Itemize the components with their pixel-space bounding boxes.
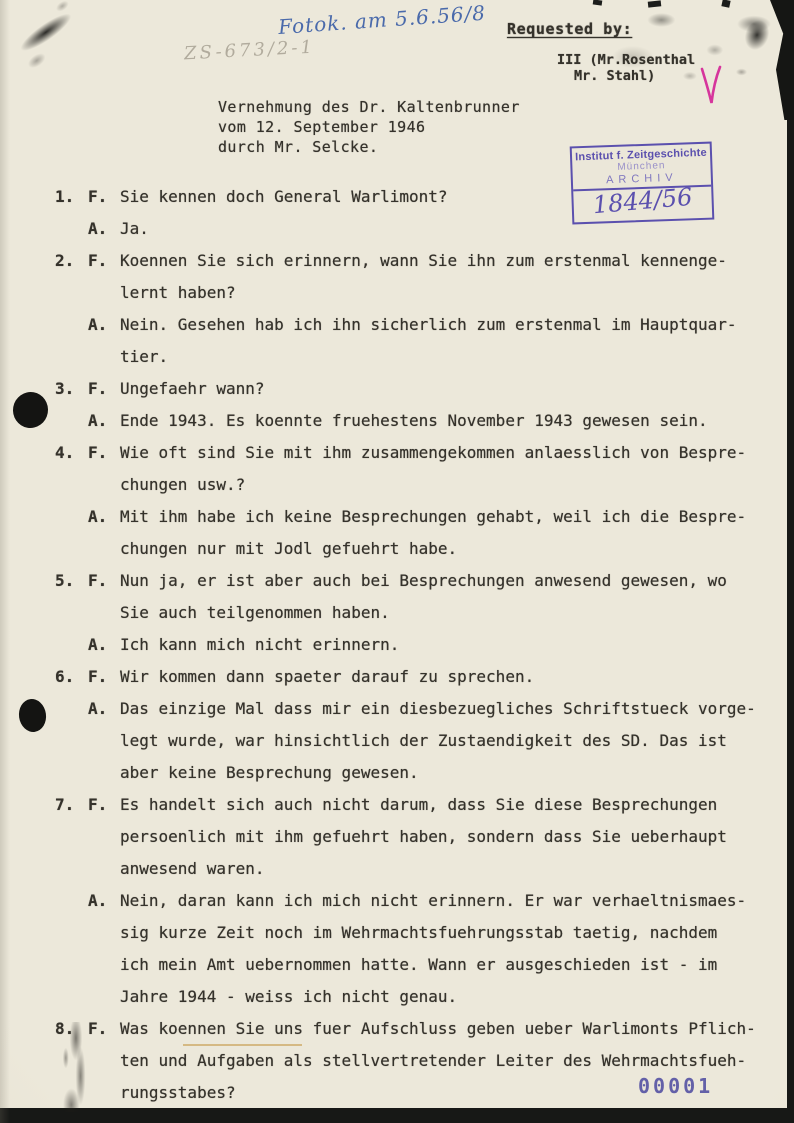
qa-text: rungsstabes?	[120, 1077, 236, 1109]
qa-item-number: 4.	[55, 437, 88, 469]
qa-line: lernt haben?	[0, 277, 794, 309]
qa-item-number	[55, 1045, 88, 1077]
scan-mark-top-1	[593, 0, 603, 6]
qa-text: Ungefaehr wann?	[120, 373, 265, 405]
qa-text: aber keine Besprechung gewesen.	[120, 757, 419, 789]
qa-item-number	[55, 501, 88, 533]
handwritten-photo-note: Fotok. am 5.6.56/8	[277, 0, 538, 39]
qa-speaker-label	[88, 981, 120, 1013]
title-line-1: Vernehmung des Dr. Kaltenbrunner	[218, 97, 520, 117]
qa-text: persoenlich mit ihm gefuehrt haben, sond…	[120, 821, 727, 853]
qa-speaker-label	[88, 277, 120, 309]
qa-speaker-label	[88, 853, 120, 885]
qa-text: Sie auch teilgenommen haben.	[120, 597, 390, 629]
qa-text: Ich kann mich nicht erinnern.	[120, 629, 399, 661]
qa-item-number	[55, 533, 88, 565]
qa-text: Koennen Sie sich erinnern, wann Sie ihn …	[120, 245, 727, 277]
qa-item-number	[55, 917, 88, 949]
qa-item-number	[55, 725, 88, 757]
qa-speaker-label: F.	[88, 565, 120, 597]
requested-name-line1: III (Mr.Rosenthal	[557, 52, 695, 68]
qa-item-number	[55, 821, 88, 853]
smudge-top-left	[0, 0, 108, 84]
qa-line: 2.F.Koennen Sie sich erinnern, wann Sie …	[0, 245, 794, 277]
qa-line: A.Das einzige Mal dass mir ein diesbezue…	[0, 693, 794, 725]
qa-speaker-label	[88, 1077, 120, 1109]
qa-line: 4.F.Wie oft sind Sie mit ihm zusammengek…	[0, 437, 794, 469]
qa-speaker-label: A.	[88, 213, 120, 245]
qa-speaker-label: A.	[88, 501, 120, 533]
qa-speaker-label	[88, 469, 120, 501]
scanned-document-page: Fotok. am 5.6.56/8 ZS-673/2-1 Requested …	[0, 0, 794, 1123]
requested-by-label: Requested by:	[507, 20, 632, 38]
qa-item-number	[55, 309, 88, 341]
title-line-2: vom 12. September 1946	[218, 117, 520, 137]
qa-line: A.Ende 1943. Es koennte fruehestens Nove…	[0, 405, 794, 437]
qa-item-number	[55, 469, 88, 501]
qa-text: lernt haben?	[120, 277, 236, 309]
qa-speaker-label	[88, 533, 120, 565]
qa-speaker-label	[88, 917, 120, 949]
qa-speaker-label	[88, 1045, 120, 1077]
requested-name-line2: Mr. Stahl)	[574, 68, 695, 84]
qa-speaker-label	[88, 725, 120, 757]
qa-item-number	[55, 885, 88, 917]
qa-line: A.Nein, daran kann ich mich nicht erinne…	[0, 885, 794, 917]
qa-speaker-label: A.	[88, 629, 120, 661]
qa-item-number	[55, 757, 88, 789]
qa-line: A.Mit ihm habe ich keine Besprechungen g…	[0, 501, 794, 533]
qa-item-number	[55, 213, 88, 245]
qa-speaker-label: A.	[88, 309, 120, 341]
qa-text: Ja.	[120, 213, 149, 245]
qa-line: A.Ich kann mich nicht erinnern.	[0, 629, 794, 661]
qa-item-number: 8.	[55, 1013, 88, 1045]
qa-line: A.Ja.	[0, 213, 794, 245]
qa-speaker-label: F.	[88, 373, 120, 405]
qa-item-number: 3.	[55, 373, 88, 405]
qa-item-number	[55, 949, 88, 981]
qa-item-number	[55, 693, 88, 725]
qa-line: 5.F.Nun ja, er ist aber auch bei Besprec…	[0, 565, 794, 597]
qa-text: chungen nur mit Jodl gefuehrt habe.	[120, 533, 457, 565]
qa-speaker-label	[88, 757, 120, 789]
qa-text: Nein. Gesehen hab ich ihn sicherlich zum…	[120, 309, 737, 341]
qa-line: aber keine Besprechung gewesen.	[0, 757, 794, 789]
qa-item-number	[55, 853, 88, 885]
qa-text: tier.	[120, 341, 168, 373]
qa-text: anwesend waren.	[120, 853, 265, 885]
qa-speaker-label	[88, 949, 120, 981]
qa-text: Mit ihm habe ich keine Besprechungen geh…	[120, 501, 746, 533]
qa-text: chungen usw.?	[120, 469, 245, 501]
qa-text: legt wurde, war hinsichtlich der Zustaen…	[120, 725, 727, 757]
qa-item-number	[55, 629, 88, 661]
qa-text: Es handelt sich auch nicht darum, dass S…	[120, 789, 717, 821]
qa-line: 3.F.Ungefaehr wann?	[0, 373, 794, 405]
qa-speaker-label: F.	[88, 245, 120, 277]
qa-speaker-label: A.	[88, 693, 120, 725]
qa-line: chungen nur mit Jodl gefuehrt habe.	[0, 533, 794, 565]
title-line-3: durch Mr. Selcke.	[218, 137, 520, 157]
pencil-reference-number: ZS-673/2-1	[184, 37, 316, 65]
qa-speaker-label	[88, 821, 120, 853]
qa-text: sig kurze Zeit noch im Wehrmachtsfuehrun…	[120, 917, 717, 949]
qa-text: ten und Aufgaben als stellvertretender L…	[120, 1045, 746, 1077]
checkmark-icon	[699, 64, 725, 108]
qa-item-number	[55, 405, 88, 437]
qa-item-number: 6.	[55, 661, 88, 693]
qa-line: anwesend waren.	[0, 853, 794, 885]
scan-mark-top-3	[721, 0, 730, 8]
qa-text: Das einzige Mal dass mir ein diesbezuegl…	[120, 693, 756, 725]
qa-line: 8.F.Was koennen Sie uns fuer Aufschluss …	[0, 1013, 794, 1045]
qa-speaker-label: A.	[88, 405, 120, 437]
qa-line: chungen usw.?	[0, 469, 794, 501]
qa-line: persoenlich mit ihm gefuehrt haben, sond…	[0, 821, 794, 853]
qa-speaker-label: A.	[88, 885, 120, 917]
qa-speaker-label: F.	[88, 661, 120, 693]
qa-line: sig kurze Zeit noch im Wehrmachtsfuehrun…	[0, 917, 794, 949]
qa-speaker-label: F.	[88, 181, 120, 213]
qa-speaker-label: F.	[88, 1013, 120, 1045]
qa-line: Jahre 1944 - weiss ich nicht genau.	[0, 981, 794, 1013]
qa-text: Jahre 1944 - weiss ich nicht genau.	[120, 981, 457, 1013]
page-number-stamp: 00001	[638, 1074, 713, 1098]
qa-item-number: 1.	[55, 181, 88, 213]
qa-line: 1.F.Sie kennen doch General Warlimont?	[0, 181, 794, 213]
qa-speaker-label: F.	[88, 789, 120, 821]
qa-text: Ende 1943. Es koennte fruehestens Novemb…	[120, 405, 708, 437]
qa-line: ich mein Amt uebernommen hatte. Wann er …	[0, 949, 794, 981]
qa-text: Was koennen Sie uns fuer Aufschluss gebe…	[120, 1013, 756, 1045]
qa-speaker-label	[88, 341, 120, 373]
qa-line: A.Nein. Gesehen hab ich ihn sicherlich z…	[0, 309, 794, 341]
requested-by-names: III (Mr.Rosenthal Mr. Stahl)	[557, 52, 695, 84]
qa-item-number	[55, 1077, 88, 1109]
qa-item-number	[55, 341, 88, 373]
qa-line: ten und Aufgaben als stellvertretender L…	[0, 1045, 794, 1077]
qa-text: Nein, daran kann ich mich nicht erinnern…	[120, 885, 746, 917]
qa-item-number	[55, 277, 88, 309]
qa-item-number: 7.	[55, 789, 88, 821]
qa-text: Sie kennen doch General Warlimont?	[120, 181, 448, 213]
scan-border-bottom	[0, 1108, 794, 1123]
qa-line: 6.F.Wir kommen dann spaeter darauf zu sp…	[0, 661, 794, 693]
document-title-block: Vernehmung des Dr. Kaltenbrunner vom 12.…	[218, 97, 520, 157]
qa-speaker-label: F.	[88, 437, 120, 469]
qa-item-number	[55, 981, 88, 1013]
qa-line: Sie auch teilgenommen haben.	[0, 597, 794, 629]
qa-text: Wir kommen dann spaeter darauf zu sprech…	[120, 661, 534, 693]
interrogation-transcript: 1.F.Sie kennen doch General Warlimont?A.…	[0, 181, 794, 1109]
qa-text: Nun ja, er ist aber auch bei Besprechung…	[120, 565, 727, 597]
qa-item-number: 5.	[55, 565, 88, 597]
qa-item-number: 2.	[55, 245, 88, 277]
qa-line: tier.	[0, 341, 794, 373]
qa-text: ich mein Amt uebernommen hatte. Wann er …	[120, 949, 717, 981]
qa-text: Wie oft sind Sie mit ihm zusammengekomme…	[120, 437, 746, 469]
qa-line: 7.F.Es handelt sich auch nicht darum, da…	[0, 789, 794, 821]
qa-speaker-label	[88, 597, 120, 629]
qa-line: legt wurde, war hinsichtlich der Zustaen…	[0, 725, 794, 757]
qa-item-number	[55, 597, 88, 629]
